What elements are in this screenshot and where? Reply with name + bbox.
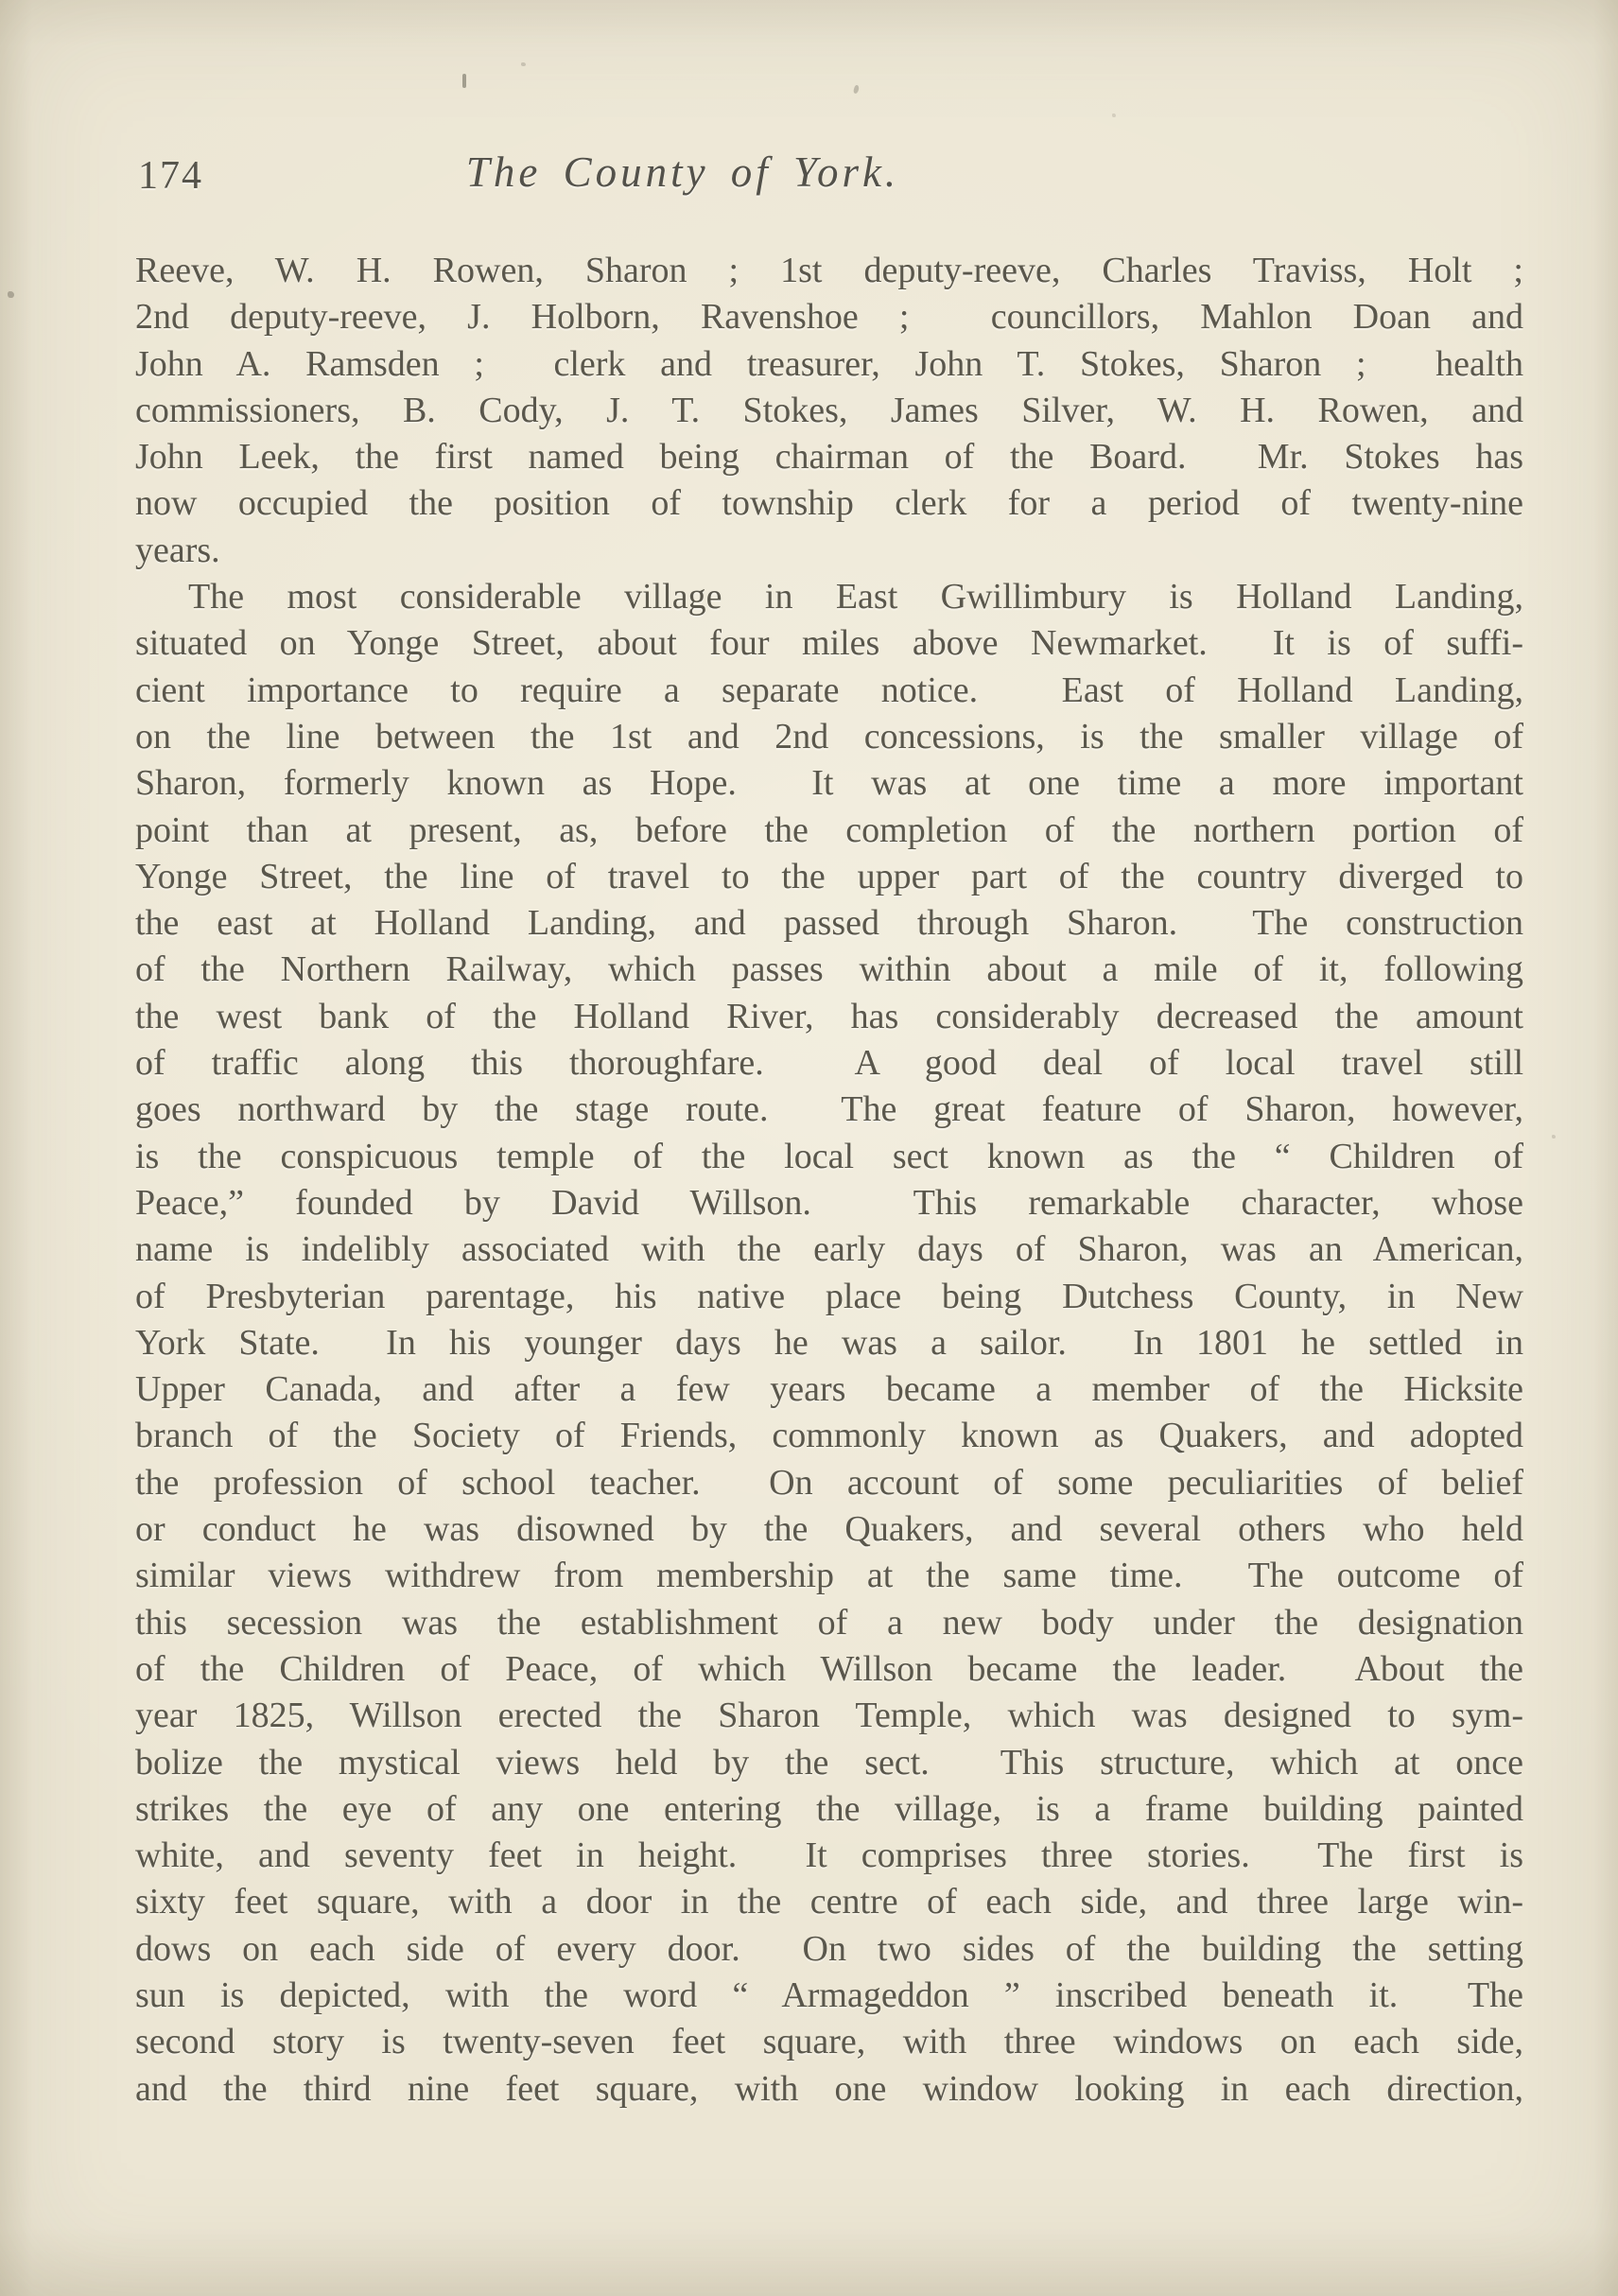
- text-line: York State. In his younger days he was a…: [135, 1320, 1523, 1366]
- text-line: Yonge Street, the line of travel to the …: [135, 854, 1523, 900]
- text-line: year 1825, Willson erected the Sharon Te…: [135, 1693, 1523, 1739]
- text-line: second story is twenty-seven feet square…: [135, 2019, 1523, 2065]
- page-number: 174: [138, 153, 203, 199]
- text-line: or conduct he was disowned by the Quaker…: [135, 1506, 1523, 1553]
- text-line: white, and seventy feet in height. It co…: [135, 1833, 1523, 1879]
- text-line: of Presbyterian parentage, his native pl…: [135, 1274, 1523, 1320]
- text-line: now occupied the position of township cl…: [135, 480, 1523, 527]
- text-line: sun is depicted, with the word “ Armaged…: [135, 1973, 1523, 2019]
- text-line: the profession of school teacher. On acc…: [135, 1460, 1523, 1506]
- text-line: John A. Ramsden ; clerk and treasurer, J…: [135, 341, 1523, 388]
- text-line: cient importance to require a separate n…: [135, 668, 1523, 714]
- scan-speck: [521, 62, 526, 66]
- text-line: branch of the Society of Friends, common…: [135, 1413, 1523, 1459]
- text-line: situated on Yonge Street, about four mil…: [135, 620, 1523, 667]
- scan-speck: [1552, 1135, 1556, 1139]
- scan-speck: [1112, 113, 1116, 117]
- text-line: similar views withdrew from membership a…: [135, 1553, 1523, 1599]
- text-line: Peace,” founded by David Willson. This r…: [135, 1180, 1523, 1226]
- body-text: Reeve, W. H. Rowen, Sharon ; 1st deputy-…: [135, 248, 1523, 2113]
- text-line: strikes the eye of any one entering the …: [135, 1786, 1523, 1833]
- text-line: name is indelibly associated with the ea…: [135, 1226, 1523, 1273]
- text-line: the west bank of the Holland River, has …: [135, 994, 1523, 1040]
- text-line: on the line between the 1st and 2nd conc…: [135, 714, 1523, 760]
- text-line: Reeve, W. H. Rowen, Sharon ; 1st deputy-…: [135, 248, 1523, 294]
- scan-speck: [853, 84, 861, 94]
- text-line: dows on each side of every door. On two …: [135, 1926, 1523, 1973]
- text-line: Sharon, formerly known as Hope. It was a…: [135, 760, 1523, 807]
- text-line: goes northward by the stage route. The g…: [135, 1087, 1523, 1133]
- text-line: 2nd deputy-reeve, J. Holborn, Ravenshoe …: [135, 294, 1523, 340]
- running-title: The County of York.: [466, 148, 899, 197]
- text-line: of the Northern Railway, which passes wi…: [135, 947, 1523, 993]
- text-line: John Leek, the first named being chairma…: [135, 434, 1523, 480]
- scan-speck: [8, 291, 14, 298]
- text-line: Upper Canada, and after a few years beca…: [135, 1366, 1523, 1413]
- text-line: sixty feet square, with a door in the ce…: [135, 1879, 1523, 1925]
- text-line: of the Children of Peace, of which Wills…: [135, 1646, 1523, 1693]
- text-line: is the conspicuous temple of the local s…: [135, 1134, 1523, 1180]
- text-line: of traffic along this thoroughfare. A go…: [135, 1040, 1523, 1087]
- text-line: The most considerable village in East Gw…: [135, 574, 1523, 620]
- scanned-book-page: 174 The County of York. Reeve, W. H. Row…: [0, 0, 1618, 2296]
- text-line: the east at Holland Landing, and passed …: [135, 900, 1523, 947]
- scan-speck: [462, 74, 466, 88]
- text-line: and the third nine feet square, with one…: [135, 2066, 1523, 2113]
- text-line: this secession was the establishment of …: [135, 1600, 1523, 1646]
- text-line: bolize the mystical views held by the se…: [135, 1740, 1523, 1786]
- text-line: commissioners, B. Cody, J. T. Stokes, Ja…: [135, 388, 1523, 434]
- text-line: years.: [135, 528, 1523, 574]
- text-line: point than at present, as, before the co…: [135, 808, 1523, 854]
